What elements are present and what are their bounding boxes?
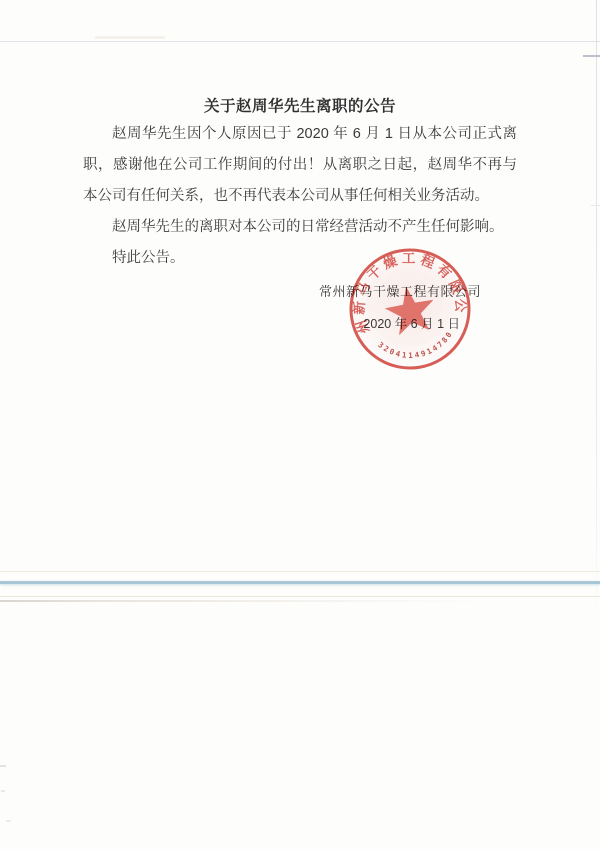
scan-artifact-faint-line-2 — [0, 596, 600, 597]
scan-artifact-right-dash — [583, 55, 600, 57]
announcement-title: 关于赵周华先生离职的公告 — [0, 94, 600, 116]
scan-artifact-right-edge-line — [596, 0, 597, 620]
scan-artifact-blue-line — [0, 581, 600, 584]
scan-artifact-top-line — [0, 41, 600, 42]
scan-artifact-faint-line-1 — [0, 571, 600, 572]
scan-artifact-speck — [6, 820, 11, 822]
scan-artifact-speck — [1, 790, 5, 792]
scan-artifact-right-dash-2 — [591, 205, 600, 206]
scan-artifact-speck — [0, 765, 6, 767]
body-paragraph-1: 赵周华先生因个人原因已于 2020 年 6 月 1 日从本公司正式离职，感谢他在… — [83, 119, 517, 212]
scan-artifact-smudge — [95, 36, 165, 39]
company-seal-graphic: 常州新马干燥工程有限公司 3204114914780 — [323, 222, 497, 396]
scan-artifact-smudge-row — [0, 600, 480, 602]
company-seal: 常州新马干燥工程有限公司 3204114914780 — [323, 222, 497, 396]
